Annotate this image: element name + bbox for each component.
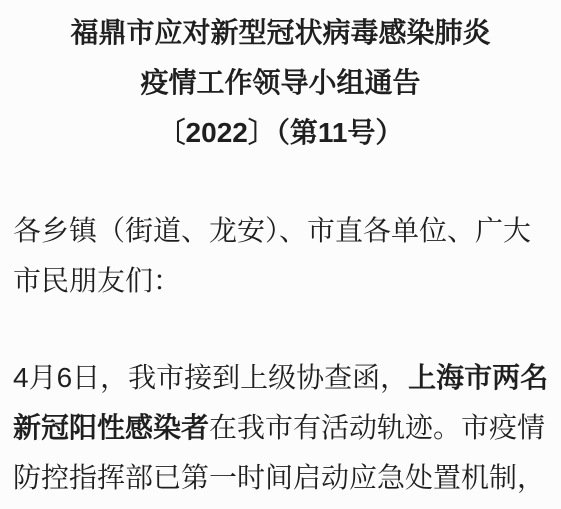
notice-number-line: 〔2022〕（第11号） bbox=[0, 108, 561, 158]
body-line-3: 防控指挥部已第一时间启动应急处置机制， bbox=[13, 453, 548, 503]
body-line-1-regular-text: 4月6日，我市接到上级协查函， bbox=[13, 362, 408, 393]
notice-title: 福鼎市应对新型冠状病毒感染肺炎 疫情工作领导小组通告 〔2022〕（第11号） bbox=[0, 0, 561, 158]
notice-title-line-1: 福鼎市应对新型冠状病毒感染肺炎 bbox=[0, 8, 561, 58]
salutation-line-2: 市民朋友们： bbox=[13, 256, 548, 306]
body-paragraph: 4月6日，我市接到上级协查函，上海市两名 新冠阳性感染者在我市有活动轨迹。市疫情… bbox=[13, 353, 548, 503]
notice-body: 各乡镇（街道、龙安）、市直各单位、广大 市民朋友们： 4月6日，我市接到上级协查… bbox=[0, 206, 561, 503]
body-line-1-bold-highlight: 上海市两名 bbox=[408, 362, 548, 393]
notice-page: 福鼎市应对新型冠状病毒感染肺炎 疫情工作领导小组通告 〔2022〕（第11号） … bbox=[0, 0, 561, 509]
notice-title-line-2: 疫情工作领导小组通告 bbox=[0, 58, 561, 108]
body-line-2-regular-text: 在我市有活动轨迹。市疫情 bbox=[209, 412, 545, 443]
body-line-2: 新冠阳性感染者在我市有活动轨迹。市疫情 bbox=[13, 403, 548, 453]
body-line-1: 4月6日，我市接到上级协查函，上海市两名 bbox=[13, 353, 548, 403]
body-line-2-bold-highlight: 新冠阳性感染者 bbox=[13, 412, 209, 443]
salutation-line-1: 各乡镇（街道、龙安）、市直各单位、广大 bbox=[13, 206, 548, 256]
salutation-paragraph: 各乡镇（街道、龙安）、市直各单位、广大 市民朋友们： bbox=[13, 206, 548, 306]
